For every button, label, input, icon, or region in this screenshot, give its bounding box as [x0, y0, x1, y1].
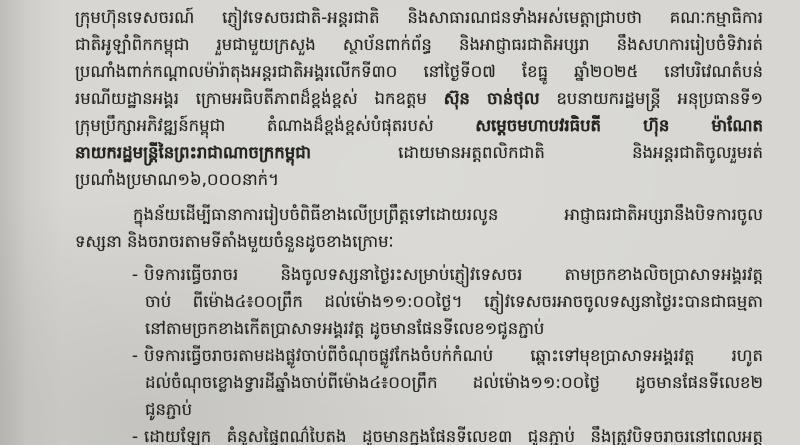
- paragraph1-line: រមណីយដ្ឋានអង្គរ ក្រោមអធិបតីភាពដ៏ខ្ពង់ខ្ព…: [75, 85, 763, 112]
- prime-minister-title-bold: នាយករដ្ឋមន្ត្រីនៃព្រះរាជាណាចក្រកម្ពុជា: [75, 143, 311, 162]
- dignitary-name-bold: ស៊ុន ចាន់ថុល: [444, 89, 540, 108]
- bullet-line: ជូនភ្ជាប់: [75, 396, 763, 423]
- bullet-dash: -: [132, 346, 144, 365]
- line-text: បិទការធ្វើចរាចរតាមដងផ្លូវចាប់ពីចំណុចផ្លូ…: [144, 346, 763, 365]
- line-text: ក្រុមប្រឹក្សាអភិវឌ្ឍន៍កម្ពុជា តំណាងដ៏ខ្ព…: [75, 116, 475, 135]
- paragraph1-line: ជាតិអូឡាំពិកកម្ពុជា រួមជាមួយក្រសួង ស្ថាប…: [75, 31, 763, 58]
- scanned-document-page: ក្រុមហ៊ុនទេសចរណ៍ ភ្ញៀវទេសចរជាតិ-អន្តរជាត…: [0, 0, 800, 445]
- prime-minister-title-bold: សម្តេចមហាបវរធិបតី ហ៊ុន ម៉ាណែត: [475, 116, 763, 135]
- line-text: ដោយឡែក គំនូសផ្ទៃពណ៌បៃតង ដូចមានក្នុងផែនទី…: [144, 427, 763, 445]
- paragraph-announcement: ក្រុមហ៊ុនទេសចរណ៍ ភ្ញៀវទេសចរជាតិ-អន្តរជាត…: [75, 4, 763, 193]
- bullet-item: -ដោយឡែក គំនូសផ្ទៃពណ៌បៃតង ដូចមានក្នុងផែនទ…: [75, 423, 763, 445]
- bullet-line: -បិទការធ្វើចរាចរតាមដងផ្លូវចាប់ពីចំណុចផ្ល…: [75, 342, 763, 369]
- bullet-dash: -: [132, 427, 144, 445]
- line-text: ឧបនាយករដ្ឋមន្ត្រី អនុប្រធានទី១: [540, 89, 763, 108]
- paragraph2-line: ទស្សនា និងចរាចរតាមទីតាំងមួយចំនួនដូចខាងក្…: [75, 228, 763, 255]
- paragraph1-line: ក្រុមហ៊ុនទេសចរណ៍ ភ្ញៀវទេសចរជាតិ-អន្តរជាត…: [75, 4, 763, 31]
- paragraph1-line: ប្រណាំងពាក់កណ្តាលម៉ារ៉ាតុងអន្តរជាតិអង្គរ…: [75, 58, 763, 85]
- paragraph-closure-intro: ក្នុងន័យដើម្បីធានាការរៀបចំពិធីខាងលើប្រព្…: [75, 201, 763, 255]
- bullet-line: ចាប់ ពីម៉ោង៤៖០០ព្រឹក ដល់ម៉ោង១១:០០ថ្ងៃ។ ភ…: [75, 288, 763, 315]
- paragraph1-line: ក្រុមប្រឹក្សាអភិវឌ្ឍន៍កម្ពុជា តំណាងដ៏ខ្ព…: [75, 112, 763, 139]
- bullet-line: ដល់ចំណុចខ្លោងទ្វារដីឆ្នាំងចាប់ពីម៉ោង៤៖០០…: [75, 369, 763, 396]
- line-text: ដោយមានអត្តពលិកជាតិ និងអន្តរជាតិចូលរួមរត់: [311, 143, 763, 162]
- closure-bullet-list: -បិទការធ្វើចរាចរ និងចូលទស្សនាថ្ងៃរះសម្រា…: [75, 261, 763, 445]
- bullet-dash: -: [132, 265, 144, 284]
- paragraph1-line: នាយករដ្ឋមន្ត្រីនៃព្រះរាជាណាចក្រកម្ពុជា ដ…: [75, 139, 763, 166]
- bullet-line: -បិទការធ្វើចរាចរ និងចូលទស្សនាថ្ងៃរះសម្រា…: [75, 261, 763, 288]
- paragraph2-line: ក្នុងន័យដើម្បីធានាការរៀបចំពិធីខាងលើប្រព្…: [75, 201, 763, 228]
- line-text: បិទការធ្វើចរាចរ និងចូលទស្សនាថ្ងៃរះសម្រាប…: [144, 265, 763, 284]
- bullet-item: -បិទការធ្វើចរាចរតាមដងផ្លូវចាប់ពីចំណុចផ្ល…: [75, 342, 763, 423]
- paragraph1-line: ប្រណាំងប្រមាណ១៦,០០០នាក់។: [75, 166, 763, 193]
- document-body: ក្រុមហ៊ុនទេសចរណ៍ ភ្ញៀវទេសចរជាតិ-អន្តរជាត…: [75, 4, 763, 445]
- bullet-item: -បិទការធ្វើចរាចរ និងចូលទស្សនាថ្ងៃរះសម្រា…: [75, 261, 763, 342]
- bullet-line: នៅតាមច្រកខាងកើតប្រាសាទអង្គរវត្ត ដូចមានផែ…: [75, 315, 763, 342]
- bullet-line: -ដោយឡែក គំនូសផ្ទៃពណ៌បៃតង ដូចមានក្នុងផែនទ…: [75, 423, 763, 445]
- line-text: រមណីយដ្ឋានអង្គរ ក្រោមអធិបតីភាពដ៏ខ្ពង់ខ្ព…: [75, 89, 444, 108]
